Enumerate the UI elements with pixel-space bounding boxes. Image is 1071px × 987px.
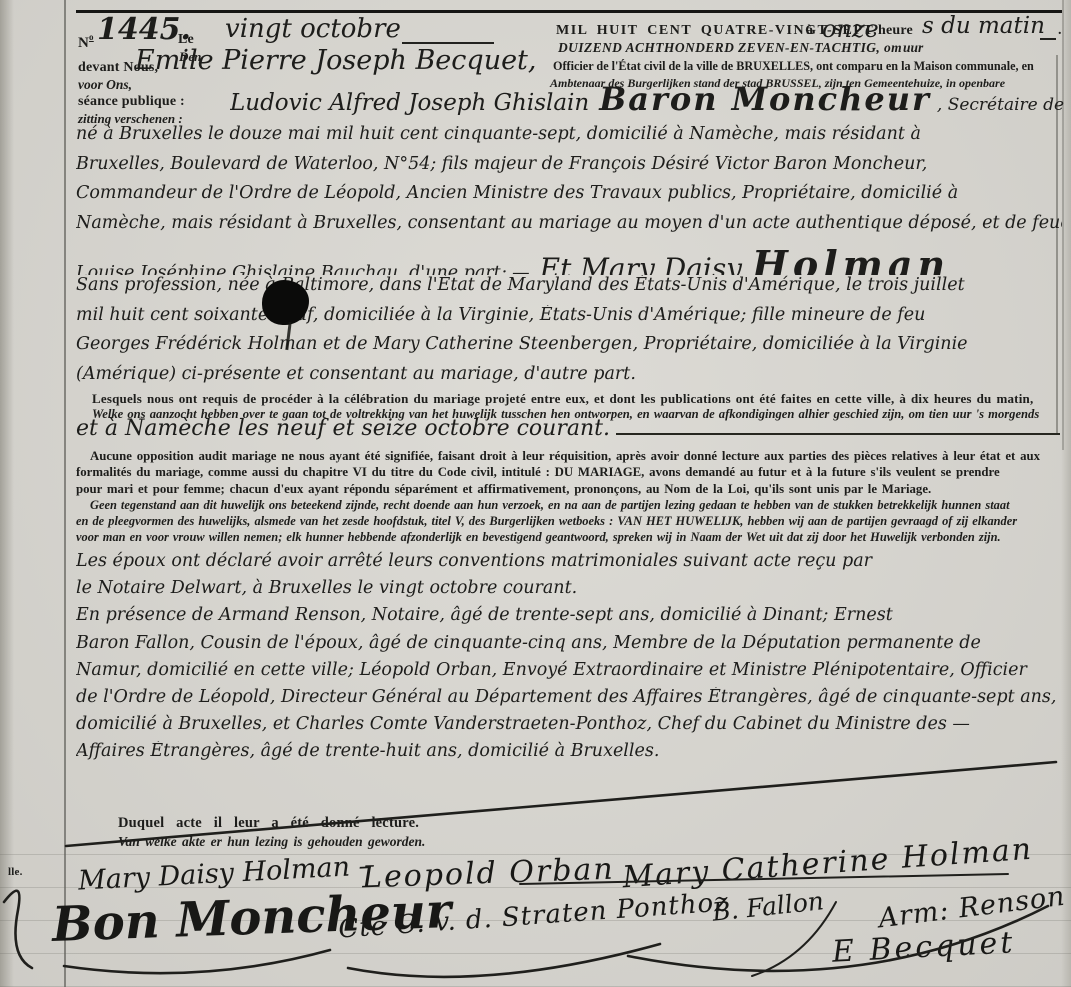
declaration-nl-line: Geen tegenstand aan dit huwelijk ons bet…	[76, 498, 1062, 514]
handwritten-groom-name-line: Ludovic Alfred Joseph Ghislain Baron Mon…	[230, 80, 1064, 118]
act-line-text: de l'Ordre de Léopold, Directeur Général…	[76, 687, 1062, 707]
act-line-text: Commandeur de l'Ordre de Léopold, Ancien…	[76, 183, 958, 203]
bride-given-names: Et Mary Daisy	[540, 252, 742, 275]
act-line-text: (Amérique) ci-présente et consentant au …	[76, 364, 636, 384]
ink-rule	[1040, 38, 1056, 40]
act-line-text: Namèche, mais résidant à Bruxelles, cons…	[76, 213, 1062, 233]
act-line: (Amérique) ci-présente et consentant au …	[76, 364, 1062, 394]
declaration-fr-line: Aucune opposition audit mariage ne nous …	[76, 449, 1062, 465]
printed-declaration-paragraph: Aucune opposition audit mariage ne nous …	[76, 449, 1062, 547]
act-line-text: domicilié à Bruxelles, et Charles Comte …	[76, 714, 970, 734]
groom-given-names: Ludovic Alfred Joseph Ghislain	[230, 90, 589, 116]
ordinal-superscript: o	[89, 32, 94, 42]
act-line-text: Les époux ont déclaré avoir arrêté leurs…	[76, 551, 872, 571]
act-line-text: En présence de Armand Renson, Notaire, â…	[76, 605, 893, 625]
handwritten-act-body-2: Les époux ont déclaré avoir arrêté leurs…	[76, 551, 1062, 769]
period: .	[1058, 23, 1062, 39]
act-line-text: le Notaire Delwart, à Bruxelles le vingt…	[76, 578, 577, 598]
label-uur: uur	[903, 40, 923, 56]
handwritten-hour: onze	[822, 15, 879, 43]
act-line-text: Affaires Étrangères, âgé de trente-huit …	[76, 741, 659, 761]
publication-text: et à Namèche les neuf et seize octobre c…	[76, 416, 610, 441]
ink-rule	[616, 433, 1060, 435]
handwritten-officer-name: Emile Pierre Joseph Becquet,	[135, 45, 537, 76]
act-line: Georges Frédérick Holman et de Mary Cath…	[76, 334, 1062, 364]
act-line-text: mil huit cent soixante-neuf, domiciliée …	[76, 305, 925, 325]
act-line: Les époux ont déclaré avoir arrêté leurs…	[76, 551, 1062, 578]
ink-rule	[402, 42, 494, 44]
act-line: Namèche, mais résidant à Bruxelles, cons…	[76, 213, 1062, 243]
act-line: né à Bruxelles le douze mai mil huit cen…	[76, 124, 1062, 154]
act-line-text: Namur, domicilié en cette ville; Léopold…	[76, 660, 1027, 680]
act-line: Namur, domicilié en cette ville; Léopold…	[76, 660, 1062, 687]
groom-title: , Secrétaire de légation,	[937, 95, 1064, 115]
act-line-text: Louise Joséphine Ghislaine Bauchau, d'un…	[76, 263, 530, 275]
top-border-rule	[76, 10, 1062, 13]
act-line: Sans profession, née à Baltimore, dans l…	[76, 275, 1062, 305]
act-line: En présence de Armand Renson, Notaire, â…	[76, 605, 1062, 632]
printed-year-dutch: DUIZEND ACHTHONDERD ZEVEN-EN-TACHTIG, om	[558, 40, 902, 56]
act-line: Commandeur de l'Ordre de Léopold, Ancien…	[76, 183, 1062, 213]
act-line-text: Sans profession, née à Baltimore, dans l…	[76, 275, 965, 295]
declaration-nl-line: en de pleegvormen des huwelijks, alsmede…	[76, 514, 1062, 530]
marriage-act-document: No 1445. Le Den vingt octobre MIL HUIT C…	[0, 0, 1071, 987]
printed-officer-french: Officier de l'État civil de la ville de …	[553, 59, 1034, 74]
label-a: à	[806, 23, 813, 39]
act-line-text: né à Bruxelles le douze mai mil huit cen…	[76, 124, 921, 144]
handwritten-act-body-1: né à Bruxelles le douze mai mil huit cen…	[76, 124, 1062, 393]
act-line-text: Bruxelles, Boulevard de Waterloo, N°54; …	[76, 154, 927, 174]
declaration-nl-line: voor man en voor vrouw willen nemen; elk…	[76, 530, 1062, 546]
printed-closing-french: Duquel acte il leur a été donné lecture.	[118, 815, 419, 832]
act-line: Bruxelles, Boulevard de Waterloo, N°54; …	[76, 154, 1062, 184]
act-line: domicilié à Bruxelles, et Charles Comte …	[76, 714, 1062, 741]
handwritten-date: vingt octobre	[225, 14, 401, 44]
handwritten-hour-suffix: s du matin	[922, 13, 1045, 39]
printed-publication-french: Lesquels nous ont requis de procéder à l…	[92, 391, 1033, 407]
act-line-text: Baron Fallon, Cousin de l'époux, âgé de …	[76, 633, 981, 653]
label-voor-ons: voor Ons,	[78, 77, 132, 93]
act-line: le Notaire Delwart, à Bruxelles le vingt…	[76, 578, 1062, 605]
printed-closing-dutch: Van welke akte er hun lezing is gehouden…	[118, 834, 425, 850]
act-line: Affaires Étrangères, âgé de trente-huit …	[76, 741, 1062, 768]
margin-text-fragment: lle.	[8, 866, 23, 878]
act-number-label: No	[78, 32, 94, 52]
act-line-bride: Louise Joséphine Ghislaine Bauchau, d'un…	[76, 242, 1062, 275]
act-line: de l'Ordre de Léopold, Directeur Général…	[76, 687, 1062, 714]
label-seance-publique: séance publique :	[78, 94, 185, 110]
declaration-fr-line: formalités du mariage, comme aussi du ch…	[76, 465, 1062, 481]
label-heure: heure	[878, 23, 913, 39]
bride-surname: Holman	[752, 242, 950, 275]
declaration-fr-line: pour mari et pour femme; chacun d'eux ay…	[76, 482, 1062, 498]
act-line: Baron Fallon, Cousin de l'époux, âgé de …	[76, 633, 1062, 660]
handwritten-publication-line: et à Namèche les neuf et seize octobre c…	[76, 416, 1062, 441]
act-line: mil huit cent soixante-neuf, domiciliée …	[76, 305, 1062, 335]
act-number: 1445.	[97, 12, 191, 47]
groom-surname: Baron Moncheur	[599, 80, 931, 118]
right-page-edge-line-2	[1062, 0, 1064, 450]
act-line-text: Georges Frédérick Holman et de Mary Cath…	[76, 334, 968, 354]
